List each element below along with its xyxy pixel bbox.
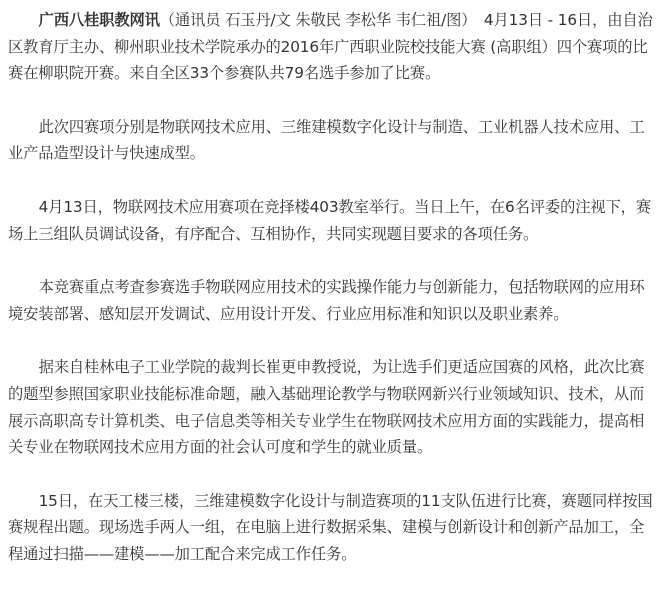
article-paragraph: 15日，在天工楼三楼，三维建模数字化设计与制造赛项的11支队伍进行比赛，赛题同样… — [8, 488, 655, 568]
article-paragraph: 此次四赛项分别是物联网技术应用、三维建模数字化设计与制造、工业机器人技术应用、工… — [8, 114, 655, 167]
article-paragraph: 本竞赛重点考查参赛选手物联网应用技术的实践操作能力与创新能力，包括物联网的应用环… — [8, 274, 655, 327]
article-paragraph: 4月13日，物联网技术应用赛项在竞择楼403教室举行。当日上午，在6名评委的注视… — [8, 194, 655, 247]
news-article: 广西八桂职教网讯（通讯员 石玉丹/文 朱敬民 李松华 韦仁祖/图） 4月13日 … — [0, 0, 663, 568]
article-lead-paragraph: 广西八桂职教网讯（通讯员 石玉丹/文 朱敬民 李松华 韦仁祖/图） 4月13日 … — [8, 7, 655, 87]
article-credit: （通讯员 石玉丹/文 朱敬民 李松华 韦仁祖/图） — [160, 11, 469, 29]
article-paragraph: 据来自桂林电子工业学院的裁判长崔更申教授说，为让选手们更适应国赛的风格，此次比赛… — [8, 354, 655, 460]
news-source: 广西八桂职教网讯 — [39, 11, 160, 29]
